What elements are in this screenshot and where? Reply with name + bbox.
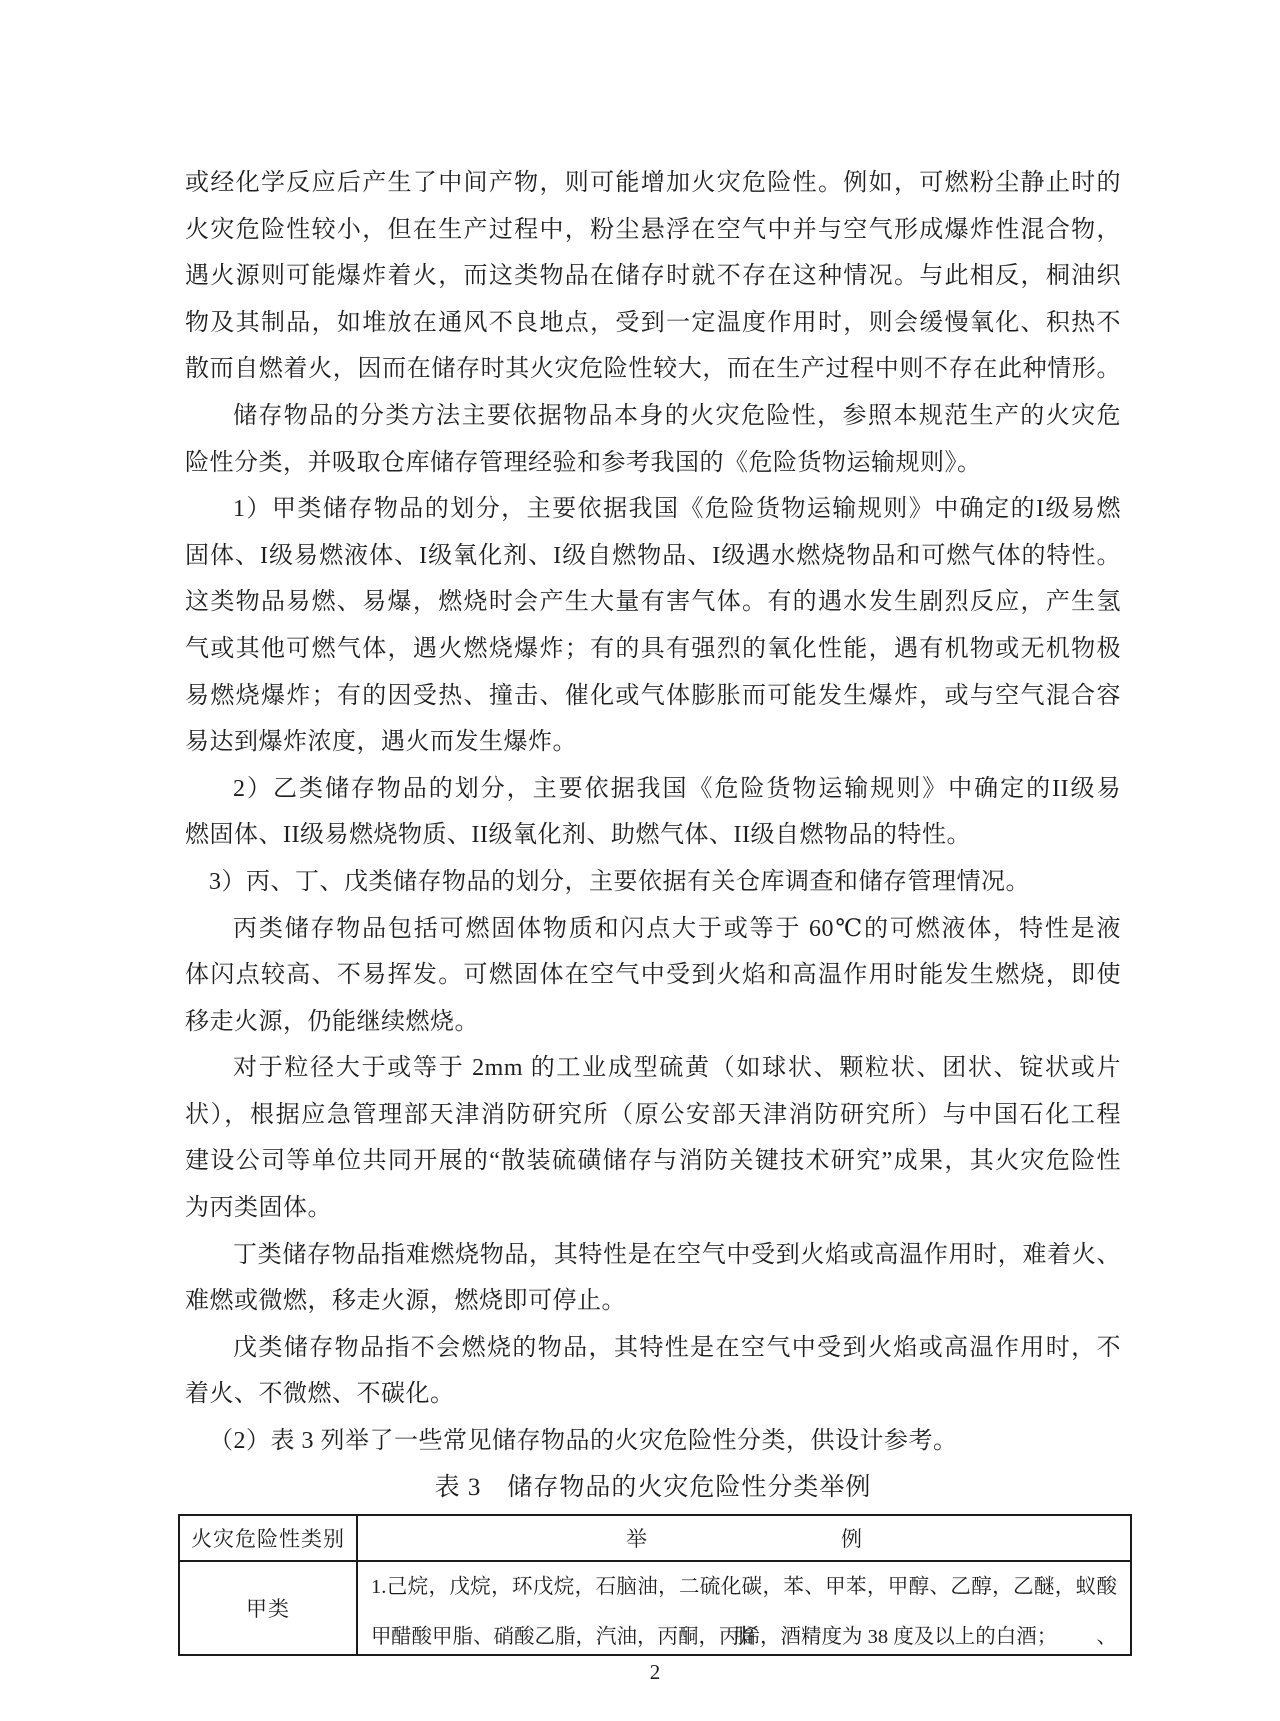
text-line: 为丙类固体。 bbox=[185, 1185, 1121, 1232]
text-line: 易燃烧爆炸；有的因受热、撞击、催化或气体膨胀而可能发生爆炸，或与空气混合容 bbox=[185, 673, 1121, 720]
table-header-example: 举 例 bbox=[358, 1516, 1130, 1560]
table-header-example-right: 例 bbox=[841, 1523, 862, 1553]
text-line: 戊类储存物品指不会燃烧的物品，其特性是在空气中受到火焰或高温作用时，不 bbox=[185, 1325, 1121, 1372]
text-line: 1）甲类储存物品的划分，主要依据我国《危险货物运输规则》中确定的I级易燃 bbox=[185, 486, 1121, 533]
text-line: 体闪点较高、不易挥发。可燃固体在空气中受到火焰和高温作用时能发生燃烧，即使 bbox=[185, 952, 1121, 999]
text-line: 气或其他可燃气体，遇火燃烧爆炸；有的具有强烈的氧化性能，遇有机物或无机物极 bbox=[185, 626, 1121, 673]
text-line: 易达到爆炸浓度，遇火而发生爆炸。 bbox=[185, 719, 1121, 766]
text-line: 散而自燃着火，因而在储存时其火灾危险性较大，而在生产过程中则不存在此种情形。 bbox=[185, 346, 1121, 393]
text-line: 丙类储存物品包括可燃固体物质和闪点大于或等于 60℃的可燃液体，特性是液 bbox=[185, 906, 1121, 953]
text-line: 险性分类，并吸取仓库储存管理经验和参考我国的《危险货物运输规则》。 bbox=[185, 440, 1121, 487]
text-line: 固体、I级易燃液体、I级氧化剂、I级自燃物品、I级遇水燃烧物品和可燃气体的特性。 bbox=[185, 533, 1121, 580]
table-cell-examples: 1.己烷，戊烷，环戊烷，石脑油，二硫化碳，苯、甲苯，甲醇、乙醇，乙醚，蚁酸甲脂、… bbox=[358, 1562, 1130, 1654]
text-line: 对于粒径大于或等于 2mm 的工业成型硫黄（如球状、颗粒状、团状、锭状或片 bbox=[185, 1045, 1121, 1092]
text-line: 或经化学反应后产生了中间产物，则可能增加火灾危险性。例如，可燃粉尘静止时的 bbox=[185, 160, 1121, 207]
table-header-example-left: 举 bbox=[626, 1523, 647, 1553]
text-line: 储存物品的分类方法主要依据物品本身的火灾危险性，参照本规范生产的火灾危 bbox=[185, 393, 1121, 440]
table-row: 甲类 1.己烷，戊烷，环戊烷，石脑油，二硫化碳，苯、甲苯，甲醇、乙醇，乙醚，蚁酸… bbox=[180, 1562, 1130, 1654]
table-cell-example-line: 1.己烷，戊烷，环戊烷，石脑油，二硫化碳，苯、甲苯，甲醇、乙醇，乙醚，蚁酸甲脂、 bbox=[371, 1562, 1117, 1612]
text-line: 3）丙、丁、戊类储存物品的划分，主要依据有关仓库调查和储存管理情况。 bbox=[185, 859, 1121, 906]
text-line: 遇火源则可能爆炸着火，而这类物品在储存时就不存在这种情况。与此相反，桐油织 bbox=[185, 253, 1121, 300]
text-line: 燃固体、II级易燃烧物质、II级氧化剂、助燃气体、II级自燃物品的特性。 bbox=[185, 812, 1121, 859]
text-line: 这类物品易燃、易爆，燃烧时会产生大量有害气体。有的遇水发生剧烈反应，产生氢 bbox=[185, 579, 1121, 626]
hazard-classification-table: 火灾危险性类别 举 例 甲类 1.己烷，戊烷，环戊烷，石脑油，二硫化碳，苯、甲苯… bbox=[178, 1514, 1132, 1656]
table-cell-example-line: 醋酸甲脂、硝酸乙脂，汽油，丙酮，丙烯，酒精度为 38 度及以上的白酒； bbox=[371, 1612, 1117, 1662]
text-line: 2）乙类储存物品的划分，主要依据我国《危险货物运输规则》中确定的II级易 bbox=[185, 766, 1121, 813]
text-line: 丁类储存物品指难燃烧物品，其特性是在空气中受到火焰或高温作用时，难着火、 bbox=[185, 1232, 1121, 1279]
text-line: 难燃或微燃，移走火源，燃烧即可停止。 bbox=[185, 1278, 1121, 1325]
table-cell-category: 甲类 bbox=[180, 1562, 358, 1654]
table-caption: 表 3 储存物品的火灾危险性分类举例 bbox=[185, 1465, 1121, 1512]
table-header-row: 火灾危险性类别 举 例 bbox=[180, 1516, 1130, 1562]
document-page: 或经化学反应后产生了中间产物，则可能增加火灾危险性。例如，可燃粉尘静止时的火灾危… bbox=[0, 0, 1280, 1721]
text-line: 着火、不微燃、不碳化。 bbox=[185, 1371, 1121, 1418]
text-line: （2）表 3 列举了一些常见储存物品的火灾危险性分类，供设计参考。 bbox=[185, 1418, 1121, 1465]
text-line: 建设公司等单位共同开展的“散装硫磺储存与消防关键技术研究”成果，其火灾危险性 bbox=[185, 1138, 1121, 1185]
text-line: 状），根据应急管理部天津消防研究所（原公安部天津消防研究所）与中国石化工程 bbox=[185, 1092, 1121, 1139]
text-line: 火灾危险性较小，但在生产过程中，粉尘悬浮在空气中并与空气形成爆炸性混合物， bbox=[185, 207, 1121, 254]
page-number: 2 bbox=[178, 1660, 1132, 1685]
body-text: 或经化学反应后产生了中间产物，则可能增加火灾危险性。例如，可燃粉尘静止时的火灾危… bbox=[185, 160, 1121, 1511]
table-header-category: 火灾危险性类别 bbox=[180, 1516, 358, 1560]
text-line: 移走火源，仍能继续燃烧。 bbox=[185, 999, 1121, 1046]
text-line: 物及其制品，如堆放在通风不良地点，受到一定温度作用时，则会缓慢氧化、积热不 bbox=[185, 300, 1121, 347]
